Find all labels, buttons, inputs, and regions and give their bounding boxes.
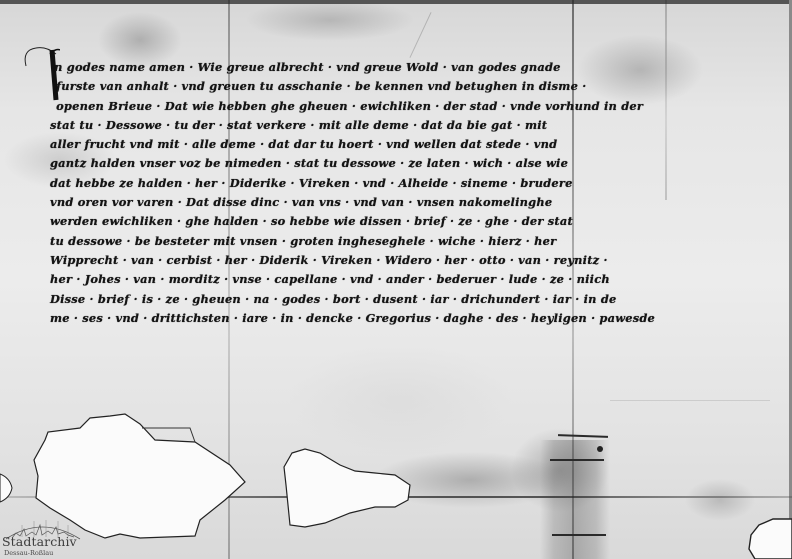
parchment-hole-center <box>280 445 415 535</box>
text-line: me · ses · vnd · drittichsten · iare · i… <box>50 309 764 328</box>
seal-strap-bar <box>550 459 604 461</box>
text-line: stat tu · Dessowe · tu der · stat verker… <box>50 116 764 135</box>
text-line: furste van anhalt · vnd greuen tu asscha… <box>50 77 764 96</box>
charter-text: n godes name amen · Wie greue albrecht ·… <box>50 58 750 328</box>
text-line: gantz halden vnser voz be nimeden · stat… <box>50 154 764 173</box>
text-line: openen Brieue · Dat wie hebben ghe gheue… <box>50 97 764 116</box>
text-line: dat hebbe ze halden · her · Diderike · V… <box>50 174 764 193</box>
scan-top-edge <box>0 0 792 4</box>
seal-strap-bar <box>558 434 608 438</box>
text-line: aller frucht vnd mit · alle deme · dat d… <box>50 135 764 154</box>
parchment-hole-right <box>745 515 792 559</box>
archive-watermark-subtitle: Dessau-Roßlau <box>4 550 53 557</box>
seal-hole <box>597 446 603 452</box>
parchment-hole-edge <box>0 470 14 504</box>
crease <box>610 400 770 401</box>
archive-watermark-title: Stadtarchiv <box>2 536 77 549</box>
text-line: Disse · brief · is · ze · gheuen · na · … <box>50 290 764 309</box>
text-line: werden ewichliken · ghe halden · so hebb… <box>50 212 764 231</box>
text-line: vnd oren vor varen · Dat disse dinc · va… <box>50 193 764 212</box>
crease <box>409 12 431 58</box>
seal-strap-bar <box>552 534 606 536</box>
seal-tag-strip <box>540 440 610 559</box>
text-line: Wipprecht · van · cerbist · her · Dideri… <box>50 251 764 270</box>
text-line: n godes name amen · Wie greue albrecht ·… <box>50 58 764 77</box>
text-line: tu dessowe · be besteter mit vnsen · gro… <box>50 232 764 251</box>
charter-scan: n godes name amen · Wie greue albrecht ·… <box>0 0 792 559</box>
text-line: her · Johes · van · morditz · vnse · cap… <box>50 270 764 289</box>
